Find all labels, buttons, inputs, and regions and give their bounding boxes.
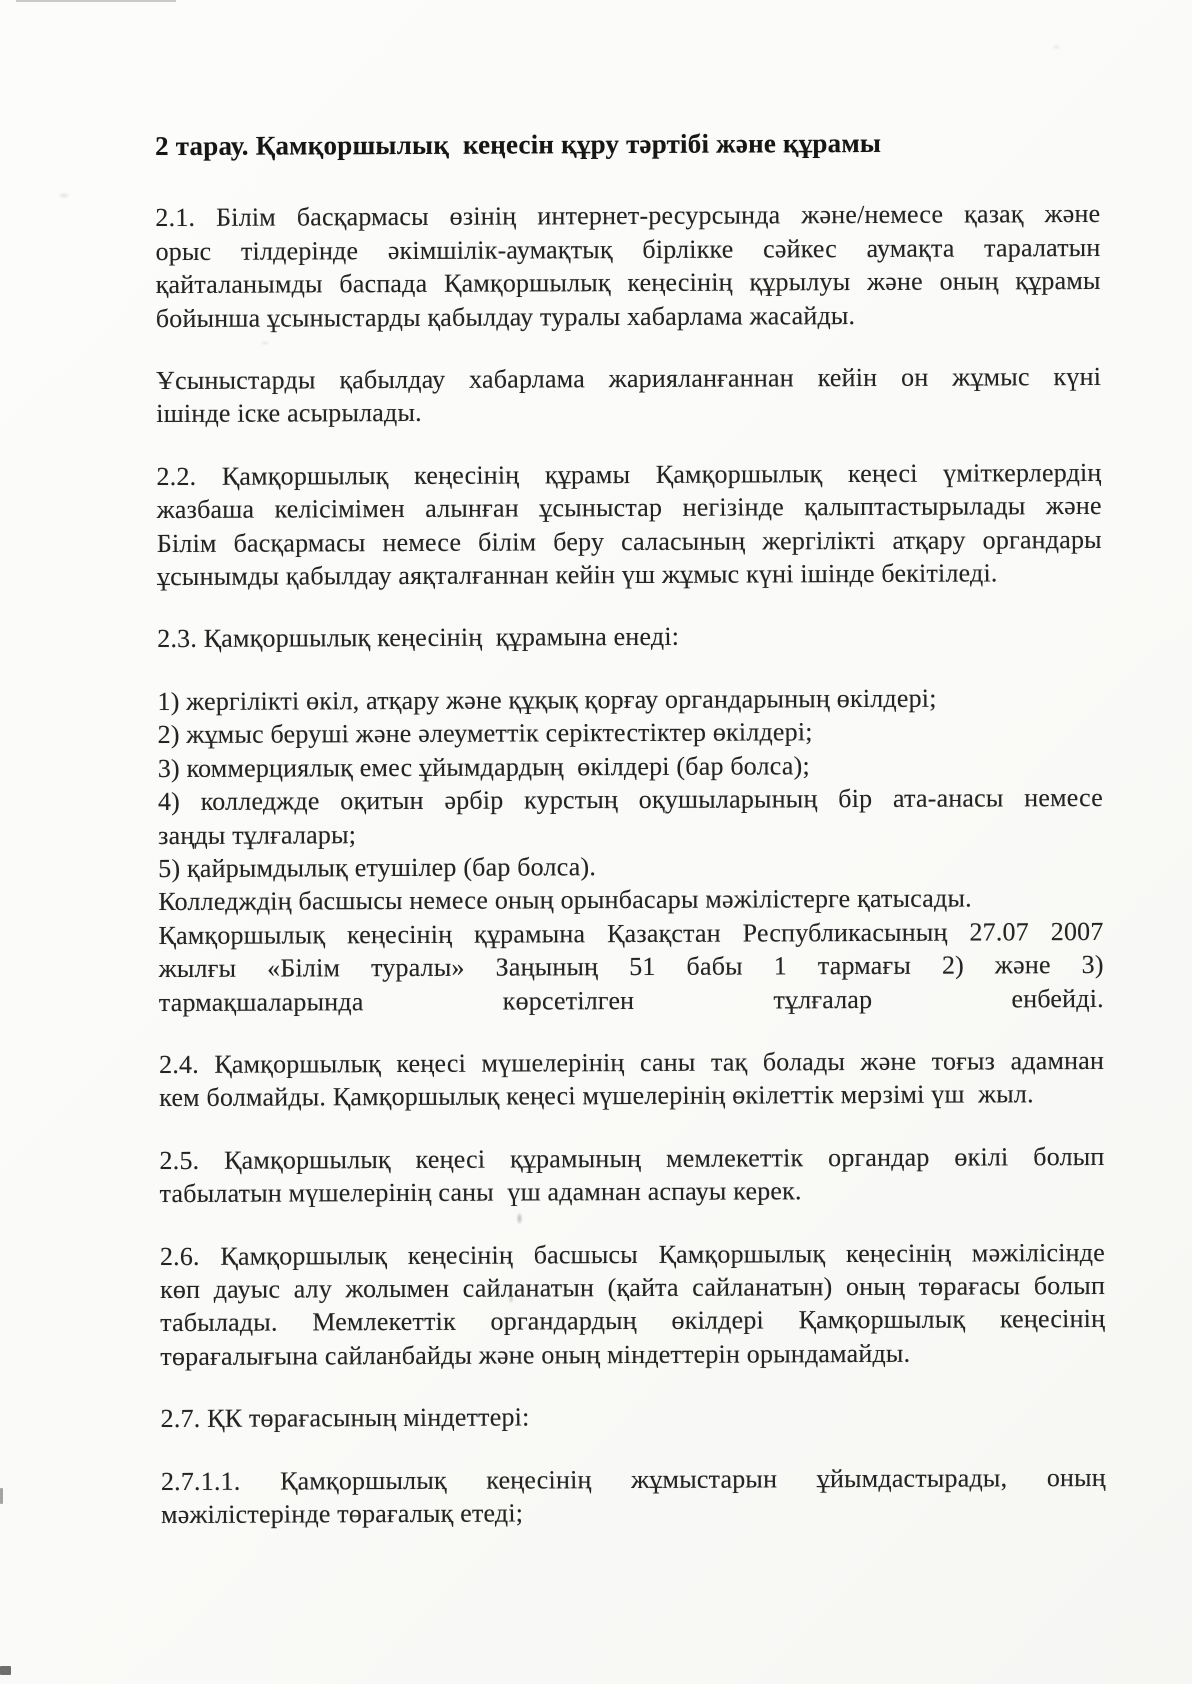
paragraph-2-5: 2.5. Қамқоршылық кеңесі құрамының мемлек… [159, 1140, 1104, 1211]
text-line: төрағалығына сайланбайды және оның мінде… [160, 1336, 1105, 1374]
text-line: 2.7.1.1. Қамқоршылық кеңесінің жұмыстары… [161, 1461, 1106, 1499]
text-line: 2.7. ҚК төрағасының міндеттері: [161, 1398, 1106, 1436]
paragraph-2-6: 2.6. Қамқоршылық кеңесінің басшысы Қамқо… [160, 1235, 1106, 1373]
text-line: табылатын мүшелерінің саны үш адамнан ас… [160, 1173, 1105, 1211]
scan-smudge [58, 192, 70, 199]
text-line: қайталанымды баспада Қамқоршылық кеңесін… [156, 264, 1101, 302]
scan-artifact-top-edge [16, 0, 176, 2]
text-line: 2.2. Қамқоршылық кеңесінің құрамы Қамқор… [156, 456, 1101, 494]
scanned-document-page: 2 тарау. Қамқоршылық кеңесін құру тәртіб… [0, 0, 1192, 1684]
text-line: мәжілістерінде төрағалық етеді; [161, 1494, 1106, 1532]
text-line: Ұсыныстарды қабылдау хабарлама жарияланғ… [156, 360, 1101, 398]
text-line: 2.3. Қамқоршылық кеңесінің құрамына енед… [157, 618, 1102, 656]
text-line: Колледждің басшысы немесе оның орынбасар… [158, 881, 1103, 919]
text-line: Білім басқармасы немесе білім беру салас… [157, 523, 1102, 561]
text-line: жазбаша келісімімен алынған ұсыныстар не… [157, 489, 1102, 527]
scan-smudge [1052, 44, 1061, 50]
list-item: 2) жұмыс беруші және әлеуметтік серіктес… [158, 714, 1103, 752]
text-line: тармақшаларында көрсетілген тұлғалар енб… [159, 981, 1104, 1019]
text-line: 2.1. Білім басқармасы өзінің интернет-ре… [155, 197, 1100, 235]
text-line: 2.4. Қамқоршылық кеңесі мүшелерінің саны… [159, 1044, 1104, 1082]
text-line: Қамқоршылық кеңесінің құрамына Қазақстан… [158, 915, 1103, 953]
paragraph-2-4: 2.4. Қамқоршылық кеңесі мүшелерінің саны… [159, 1044, 1104, 1115]
text-line: кем болмайды. Қамқоршылық кеңесі мүшелер… [159, 1077, 1104, 1115]
scan-artifact-left-edge [0, 1488, 3, 1504]
paragraph-2-7: 2.7. ҚК төрағасының міндеттері: [161, 1398, 1106, 1436]
text-line: табылады. Мемлекеттік органдардың өкілде… [160, 1302, 1105, 1340]
paragraph-2-7-1-1: 2.7.1.1. Қамқоршылық кеңесінің жұмыстары… [161, 1461, 1106, 1532]
list-item: заңды тұлғалары; [158, 814, 1103, 852]
list-item: 4) колледжде оқитын әрбір курстың оқушыл… [158, 781, 1103, 819]
text-line: бойынша ұсыныстарды қабылдау туралы хаба… [156, 298, 1101, 336]
chapter-heading: 2 тарау. Қамқоршылық кеңесін құру тәртіб… [155, 126, 1100, 164]
text-line: ішінде іске асырылады. [156, 393, 1101, 431]
text-line: 2.6. Қамқоршылық кеңесінің басшысы Қамқо… [160, 1235, 1105, 1273]
member-list: 1) жергілікті өкіл, атқару және құқық қо… [157, 681, 1103, 1019]
paragraph-note: Ұсыныстарды қабылдау хабарлама жарияланғ… [156, 360, 1101, 431]
chapter-heading-text: 2 тарау. Қамқоршылық кеңесін құру тәртіб… [155, 126, 1100, 164]
list-item: 1) жергілікті өкіл, атқару және құқық қо… [157, 681, 1102, 719]
paragraph-2-1: 2.1. Білім басқармасы өзінің интернет-ре… [155, 197, 1101, 335]
text-line: орыс тілдерінде әкімшілік-аумақтық бірлі… [155, 231, 1100, 269]
scan-artifact-bottom-left [0, 1666, 11, 1675]
list-item: 3) коммерциялық емес ұйымдардың өкілдері… [158, 748, 1103, 786]
text-line: жылғы «Білім туралы» Заңының 51 бабы 1 т… [159, 948, 1104, 986]
paragraph-2-2: 2.2. Қамқоршылық кеңесінің құрамы Қамқор… [156, 456, 1102, 594]
text-line: көп дауыс алу жолымен сайланатын (қайта … [160, 1269, 1105, 1307]
paragraph-2-3: 2.3. Қамқоршылық кеңесінің құрамына енед… [157, 618, 1102, 656]
document-text: 2 тарау. Қамқоршылық кеңесін құру тәртіб… [155, 126, 1106, 1561]
list-item: 5) қайрымдылық етушілер (бар болса). [158, 848, 1103, 886]
text-line: 2.5. Қамқоршылық кеңесі құрамының мемлек… [159, 1140, 1104, 1178]
text-line: ұсынымды қабылдау аяқталғаннан кейін үш … [157, 556, 1102, 594]
